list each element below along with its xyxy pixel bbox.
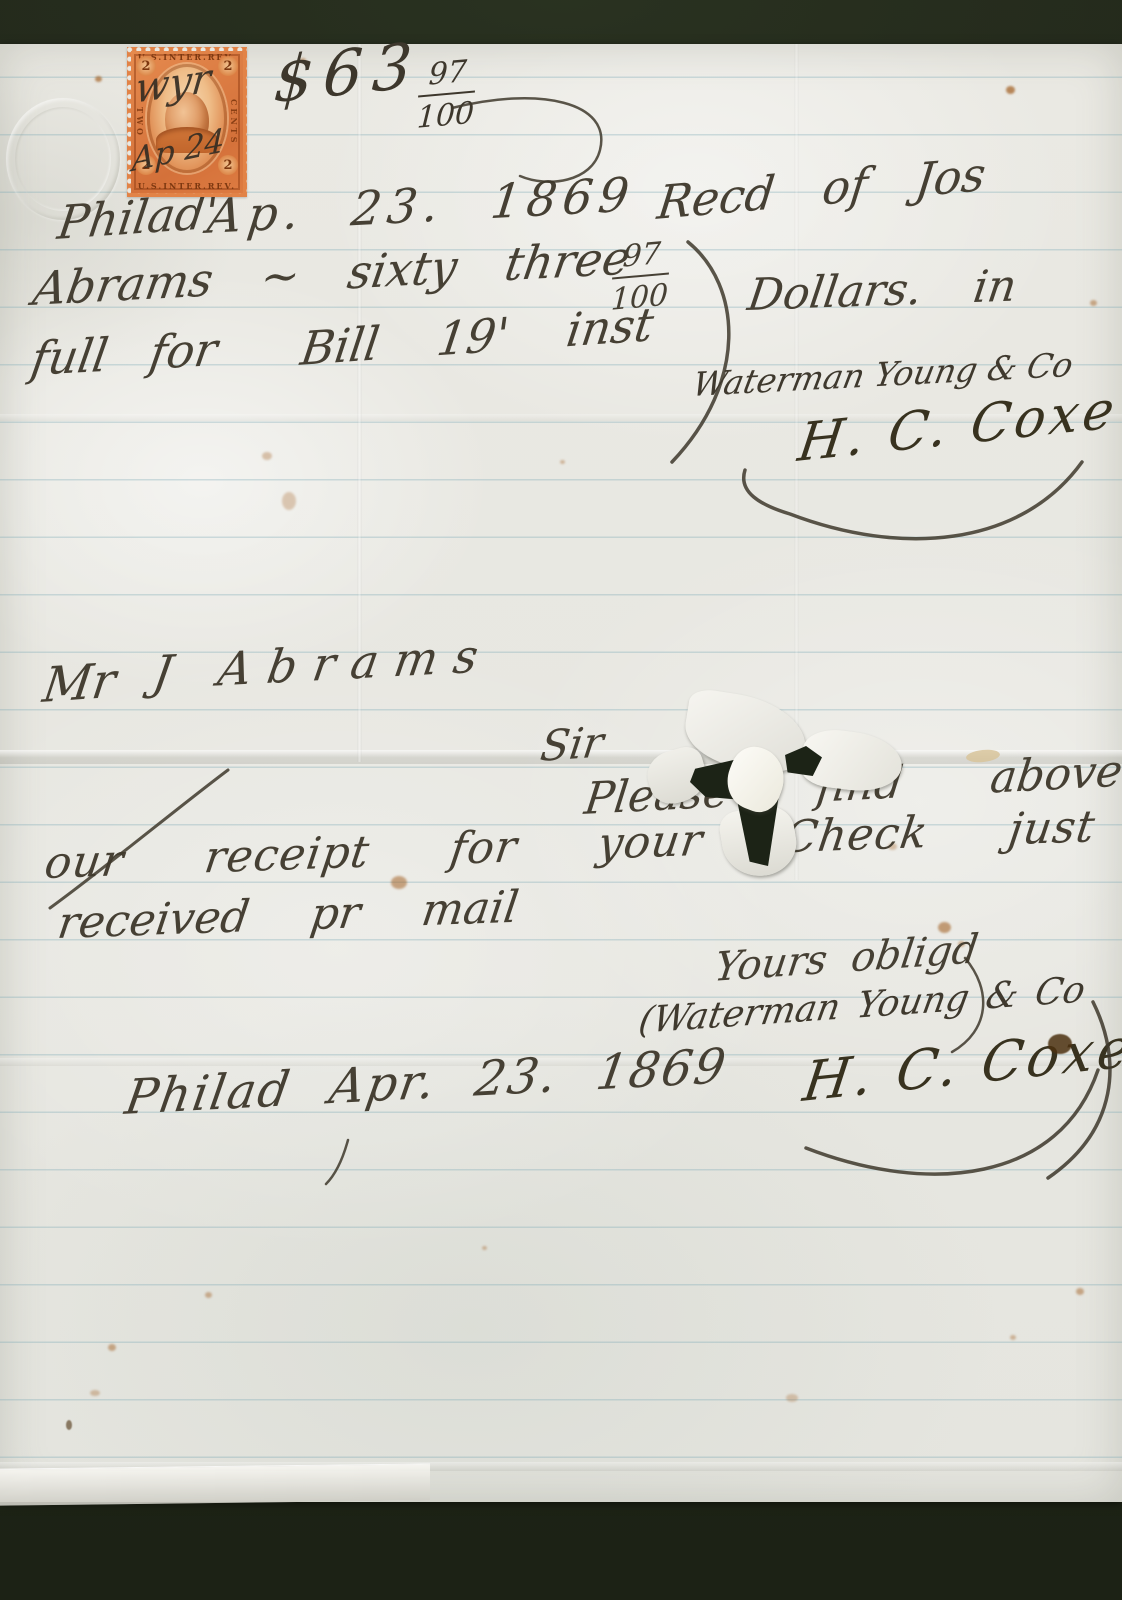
- handwritten-dollars-in: Dollars. in: [745, 264, 1019, 318]
- fraction-denominator: 100: [416, 93, 475, 136]
- handwritten-salutation: Sir: [538, 721, 606, 768]
- handwritten-full-for: full for: [28, 326, 221, 382]
- stamp-right-text: CENTS: [229, 81, 239, 163]
- paper-foldover-edge: [0, 1463, 430, 1505]
- handwritten-addressee: Mr: [40, 656, 119, 710]
- scanned-document: U.S.INTER.REV. U.S.INTER.REV. TWO CENTS …: [0, 0, 1122, 1600]
- stamp-bottom-text: U.S.INTER.REV.: [135, 181, 239, 191]
- handwritten-amount-fraction: 97 100: [416, 53, 477, 136]
- fraction-numerator: 97: [612, 235, 671, 279]
- fraction-numerator: 97: [418, 53, 477, 97]
- stamp-denomination: 2: [218, 56, 238, 76]
- torn-hole: [630, 690, 1030, 885]
- revenue-stamp: U.S.INTER.REV. U.S.INTER.REV. TWO CENTS …: [127, 47, 247, 197]
- paper-fiber: [965, 748, 1000, 763]
- handwritten-amount: $63: [272, 34, 424, 112]
